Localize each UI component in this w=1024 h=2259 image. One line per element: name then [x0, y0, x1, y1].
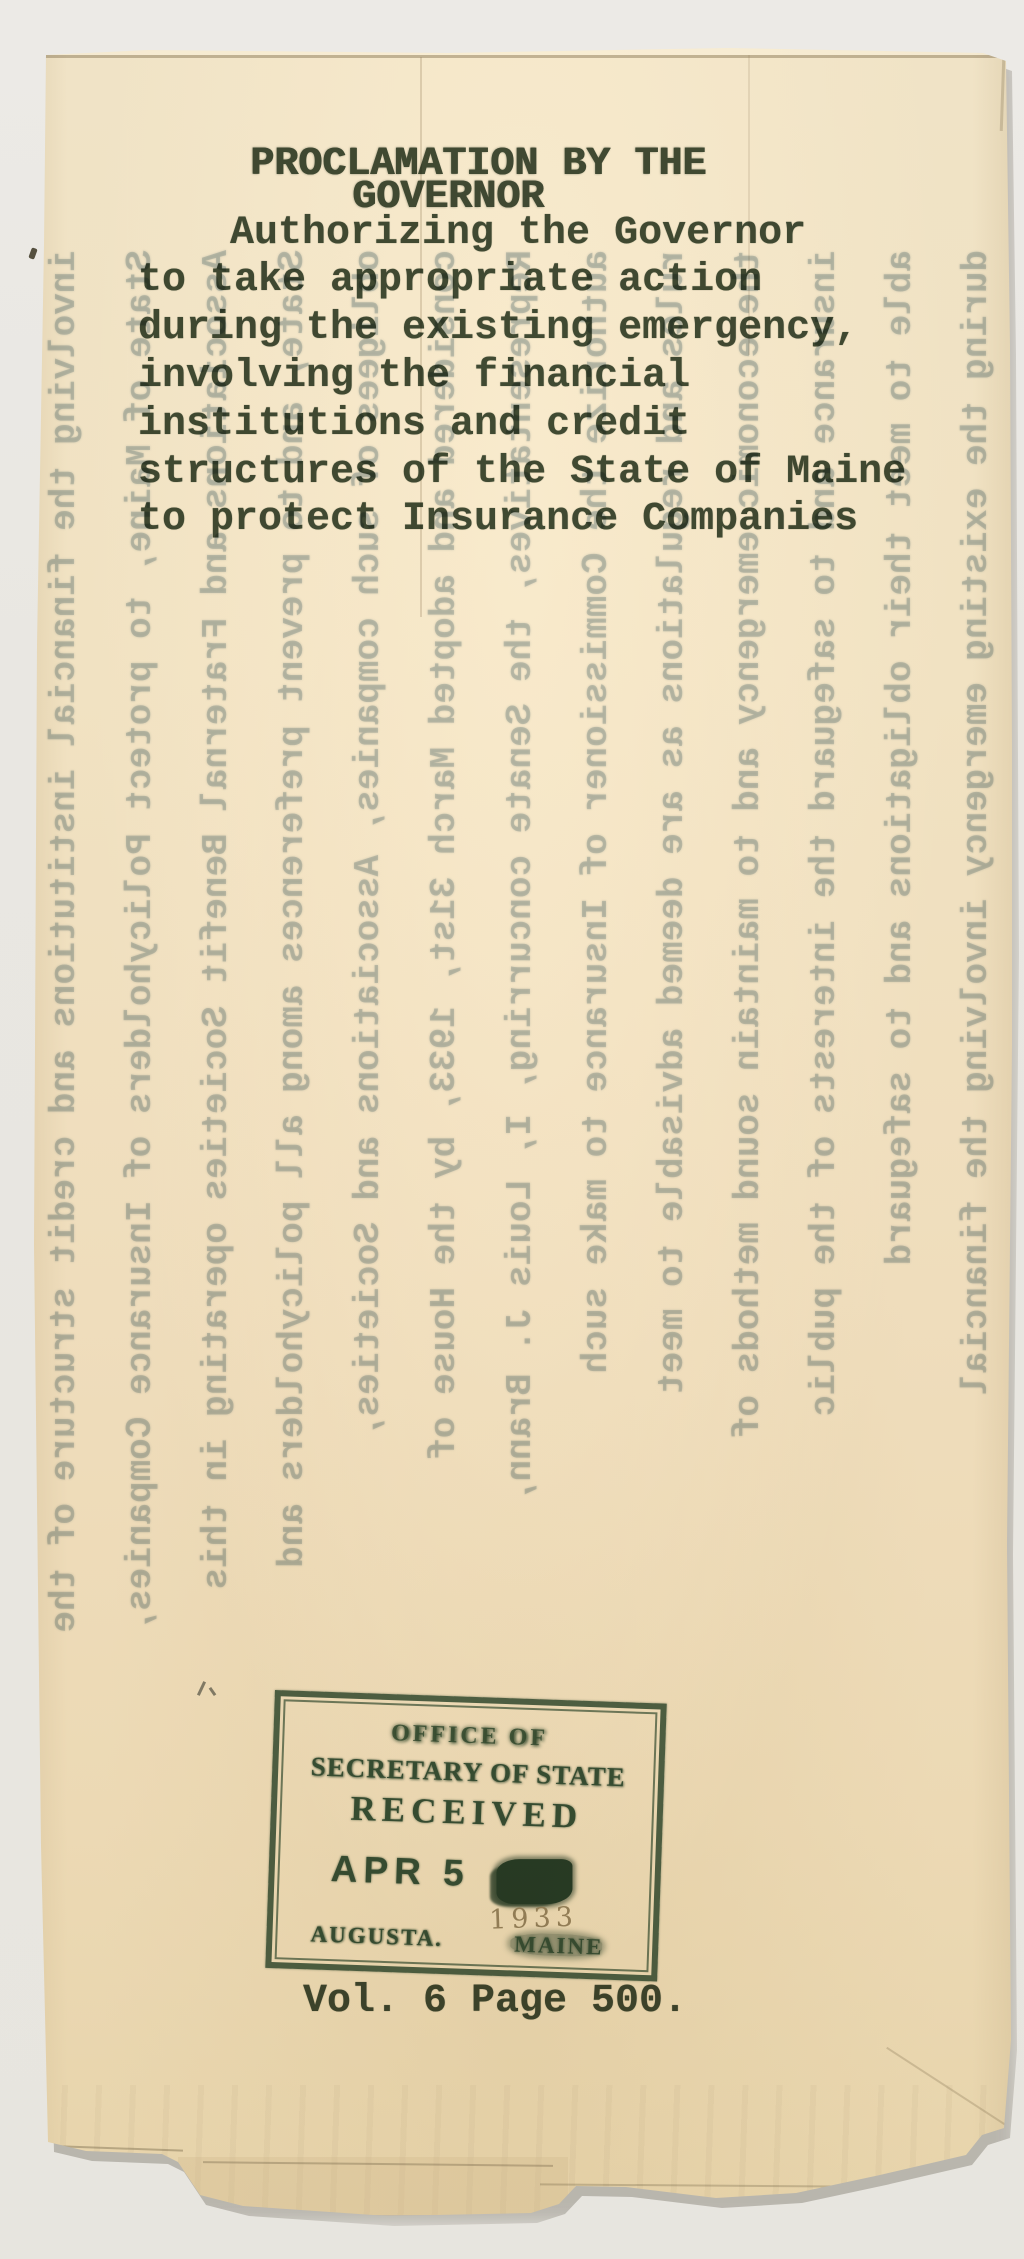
bleedthrough-line: insurance and to safeguard the interests… [787, 250, 863, 1890]
bleedthrough-line: Representatives, the Senate concurring, … [483, 250, 559, 1890]
paper-corner-crease [1000, 59, 1006, 131]
body-line: structures of the State of Maine [138, 450, 906, 496]
body-line: during the existing emergency, [138, 306, 858, 352]
bleedthrough-line: able to meet their obligations and to sa… [863, 250, 939, 1890]
stamp-city: AUGUSTA. [310, 1921, 443, 1952]
stamp-state: MAINE [514, 1932, 604, 1961]
bleedthrough-line: obligees of such companies, Associations… [331, 250, 407, 1890]
bleedthrough-text-block: involving the financial institutions and… [27, 250, 1017, 1890]
bleedthrough-line: State, and to prevent preferences among … [255, 250, 331, 1890]
body-line: institutions and credit [138, 402, 690, 448]
bleedthrough-line: State of Maine, to protect Policyholders… [103, 250, 179, 1890]
bleedthrough-line: considered and adopted March 31st, 1933,… [407, 250, 483, 1890]
body-line: involving the financial [138, 354, 690, 400]
bleedthrough-line: authorize the Commissioner of Insurance … [559, 250, 635, 1890]
handwritten-year: 1933 [489, 1902, 579, 1936]
bleedthrough-line: the economic emergency and to maintain s… [711, 250, 787, 1890]
volume-page-note: Vol. 6 Page 500. [303, 1979, 687, 2025]
received-stamp: OFFICE OF SECRETARY OF STATE RECEIVED AP… [265, 1690, 666, 1982]
bleedthrough-line: rules and regulations as are deemed advi… [635, 250, 711, 1890]
stamp-date: APR 5 [330, 1848, 470, 1895]
body-line: to take appropriate action [138, 258, 762, 304]
bleedthrough-line: during the existing emergency involving … [939, 250, 1015, 1890]
document-paper: involving the financial institutions and… [28, 45, 1012, 2215]
paper-top-crease [28, 55, 1012, 58]
body-line: to protect Insurance Companies [138, 497, 858, 543]
body-line: Authorizing the Governor [230, 211, 806, 257]
bleedthrough-line: Associations and Fraternal Benefit Socie… [179, 250, 255, 1890]
stamp-ink-blob [496, 1859, 572, 1904]
